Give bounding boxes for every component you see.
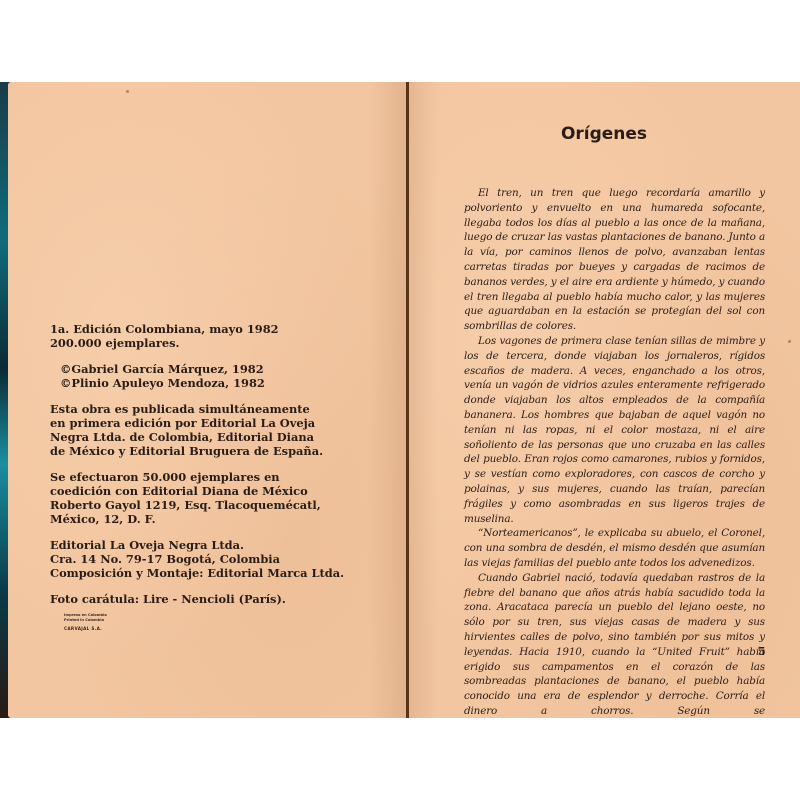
left-page: 1a. Edición Colombiana, mayo 1982 200.00…: [8, 82, 408, 718]
edition-info: 1a. Edición Colombiana, mayo 1982 200.00…: [50, 322, 400, 350]
paragraph: “Norteamericanos”, le explicaba su abuel…: [464, 526, 765, 570]
cover-photo-credit: Foto carátula: Lire - Nencioli (París).: [50, 592, 400, 606]
chapter-body: El tren, un tren que luego recordaría am…: [464, 186, 765, 719]
paragraph: El tren, un tren que luego recordaría am…: [464, 186, 765, 334]
printer-note: Impreso en Colombia Printed in Colombia …: [64, 613, 107, 631]
paper-speck: [788, 340, 791, 343]
open-book: 1a. Edición Colombiana, mayo 1982 200.00…: [8, 82, 800, 718]
chapter-title: Orígenes: [408, 124, 800, 144]
coedition-note: Se efectuaron 50.000 ejemplares en coedi…: [50, 470, 400, 526]
right-page: El tren, un tren que luego recordaría am…: [408, 82, 800, 718]
gutter-shadow: [408, 82, 438, 718]
paper-speck: [126, 90, 129, 93]
paragraph: Cuando Gabriel nació, todavía quedaban r…: [464, 571, 765, 719]
printer-name: CARVAJAL S.A.: [64, 626, 107, 631]
colophon: 1a. Edición Colombiana, mayo 1982 200.00…: [50, 322, 400, 618]
copyright-notice: ©Gabriel García Márquez, 1982 ©Plinio Ap…: [50, 362, 400, 390]
simultaneous-publication-note: Esta obra es publicada simultáneamente e…: [50, 402, 400, 458]
publisher-address: Editorial La Oveja Negra Ltda. Cra. 14 N…: [50, 538, 400, 580]
printed-in-en: Printed in Colombia: [64, 618, 107, 623]
book-spine: [406, 82, 409, 718]
paragraph: Los vagones de primera clase tenían sill…: [464, 334, 765, 526]
page-number: 5: [758, 645, 766, 658]
